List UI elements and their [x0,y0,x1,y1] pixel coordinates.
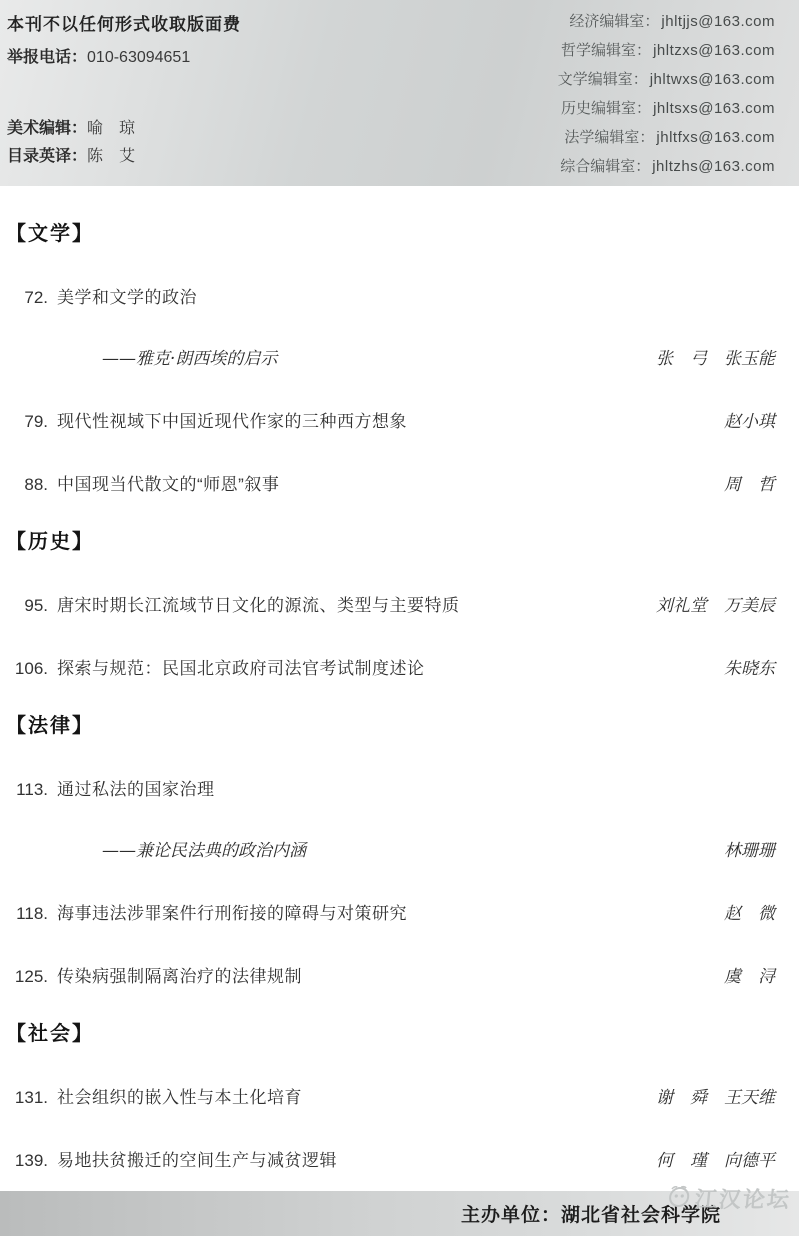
publisher-label: 主办单位： [461,1205,561,1226]
section-entries: 113. 通过私法的国家治理 ——兼论民法典的政治内涵 林珊珊 118. 海事违… [6,777,775,990]
editorial-room-label: 哲学编辑室： [561,39,651,60]
entry-page-number: 95. [6,593,48,618]
editorial-room-row: 文学编辑室： jhltwxs@163.com [558,68,775,97]
toc-entry: 139. 易地扶贫搬迁的空间生产与减贫逻辑 何 瑾 向德平 [6,1148,775,1174]
entry-page-number: 88. [6,472,48,497]
entry-title: 社会组织的嵌入性与本土化培育 [48,1085,656,1110]
entry-title: 通过私法的国家治理 [48,777,775,802]
section-entries: 72. 美学和文学的政治 ——雅克·朗西埃的启示 张 弓 张玉能 79. 现代性… [6,285,775,498]
editorial-room-row: 法学编辑室： jhltfxs@163.com [558,126,775,155]
entry-page-number: 113. [6,777,48,802]
section-entries: 131. 社会组织的嵌入性与本土化培育 谢 舜 王天维 139. 易地扶贫搬迁的… [6,1085,775,1174]
toc-entry: 125. 传染病强制隔离治疗的法律规制 虞 浔 [6,964,775,990]
toc-entry-subtitle: ——雅克·朗西埃的启示 张 弓 张玉能 [6,347,775,372]
art-editor-label: 美术编辑： [7,120,87,137]
entry-authors: 赵小琪 [724,410,775,435]
report-phone-label: 举报电话： [7,49,87,66]
entry-authors: 周 哲 [724,473,775,498]
entry-title: 易地扶贫搬迁的空间生产与减贫逻辑 [48,1148,656,1173]
entry-page-number: 131. [6,1085,48,1110]
no-page-fee-notice: 本刊不以任何形式收取版面费 [7,10,241,35]
section-title: 【法律】 [6,712,775,740]
entry-page-number: 79. [6,409,48,434]
section-title: 【社会】 [6,1020,775,1048]
toc-section: 【历史】 95. 唐宋时期长江流域节日文化的源流、类型与主要特质 刘礼堂 万美辰… [6,528,775,682]
editorial-room-row: 经济编辑室： jhltjjs@163.com [558,10,775,39]
entry-page-number: 72. [6,285,48,310]
editorial-room-email: jhltzhs@163.com [652,158,775,175]
editorial-room-row: 哲学编辑室： jhltzxs@163.com [558,39,775,68]
toc-translator-name: 陈 艾 [87,148,135,165]
report-phone-line: 举报电话：010-63094651 [7,44,241,67]
jianghan-forum-logo-icon [664,1183,693,1214]
toc-translation-label: 目录英译： [7,148,87,165]
entry-title: 唐宋时期长江流域节日文化的源流、类型与主要特质 [48,593,656,618]
watermark-text: 江汉论坛 [693,1183,792,1214]
subtitle-authors: 张 弓 张玉能 [656,347,775,372]
entry-title: 现代性视域下中国近现代作家的三种西方想象 [48,409,724,434]
toc-section: 【社会】 131. 社会组织的嵌入性与本土化培育 谢 舜 王天维 139. 易地… [6,1020,775,1174]
entry-authors: 刘礼堂 万美辰 [656,594,775,619]
toc-entry: 79. 现代性视域下中国近现代作家的三种西方想象 赵小琪 [6,409,775,435]
entry-title: 美学和文学的政治 [48,285,775,310]
entry-subtitle: ——兼论民法典的政治内涵 [6,839,724,864]
entry-authors: 何 瑾 向德平 [656,1149,775,1174]
toc-entry: 131. 社会组织的嵌入性与本土化培育 谢 舜 王天维 [6,1085,775,1111]
editor-credits: 美术编辑：喻 琼 目录英译：陈 艾 [7,115,241,171]
subtitle-authors: 林珊珊 [724,839,775,864]
section-title: 【历史】 [6,528,775,556]
entry-authors: 赵 微 [724,902,775,927]
entry-page-number: 125. [6,964,48,989]
toc-translation-line: 目录英译：陈 艾 [7,143,241,171]
art-editor-line: 美术编辑：喻 琼 [7,115,241,143]
entry-title: 中国现当代散文的“师恩”叙事 [48,472,724,497]
art-editor-name: 喻 琼 [87,120,135,137]
editorial-room-label: 法学编辑室： [564,126,654,147]
masthead: 本刊不以任何形式收取版面费 举报电话：010-63094651 美术编辑：喻 琼… [0,0,799,186]
entry-title: 海事违法涉罪案件行刑衔接的障碍与对策研究 [48,901,724,926]
entry-authors: 谢 舜 王天维 [656,1086,775,1111]
section-title: 【文学】 [6,220,775,248]
editorial-room-label: 文学编辑室： [558,68,648,89]
entry-subtitle: ——雅克·朗西埃的启示 [6,347,656,372]
editorial-room-row: 历史编辑室： jhltsxs@163.com [558,97,775,126]
editorial-room-label: 经济编辑室： [569,10,659,31]
toc-entry: 106. 探索与规范：民国北京政府司法官考试制度述论 朱晓东 [6,656,775,682]
entry-authors: 朱晓东 [724,657,775,682]
editorial-room-email: jhltjjs@163.com [661,13,775,30]
entry-title: 探索与规范：民国北京政府司法官考试制度述论 [48,656,724,681]
journal-watermark: 江汉论坛 [664,1183,792,1214]
editorial-room-emails: 经济编辑室： jhltjjs@163.com 哲学编辑室： jhltzxs@16… [558,10,775,184]
toc-entry: 118. 海事违法涉罪案件行刑衔接的障碍与对策研究 赵 微 [6,901,775,927]
editorial-room-row: 综合编辑室： jhltzhs@163.com [558,155,775,184]
editorial-room-email: jhltsxs@163.com [653,100,775,117]
editorial-room-email: jhltwxs@163.com [650,71,775,88]
toc-section: 【法律】 113. 通过私法的国家治理 ——兼论民法典的政治内涵 林珊珊 118… [6,712,775,990]
entry-page-number: 139. [6,1148,48,1173]
editorial-room-label: 历史编辑室： [561,97,651,118]
masthead-left-block: 本刊不以任何形式收取版面费 举报电话：010-63094651 美术编辑：喻 琼… [7,10,241,171]
entry-title: 传染病强制隔离治疗的法律规制 [48,964,724,989]
editorial-room-email: jhltfxs@163.com [656,129,775,146]
toc: 【文学】 72. 美学和文学的政治 ——雅克·朗西埃的启示 张 弓 张玉能 79… [0,186,799,1174]
report-phone-number: 010-63094651 [87,49,190,66]
toc-entry: 95. 唐宋时期长江流域节日文化的源流、类型与主要特质 刘礼堂 万美辰 [6,593,775,619]
entry-page-number: 106. [6,656,48,681]
editorial-room-label: 综合编辑室： [560,155,650,176]
section-entries: 95. 唐宋时期长江流域节日文化的源流、类型与主要特质 刘礼堂 万美辰 106.… [6,593,775,682]
entry-page-number: 118. [6,901,48,926]
toc-entry: 88. 中国现当代散文的“师恩”叙事 周 哲 [6,472,775,498]
toc-entry: 72. 美学和文学的政治 [6,285,775,310]
editorial-room-email: jhltzxs@163.com [653,42,775,59]
entry-authors: 虞 浔 [724,965,775,990]
toc-entry: 113. 通过私法的国家治理 [6,777,775,802]
toc-entry-subtitle: ——兼论民法典的政治内涵 林珊珊 [6,839,775,864]
toc-section: 【文学】 72. 美学和文学的政治 ——雅克·朗西埃的启示 张 弓 张玉能 79… [6,220,775,498]
